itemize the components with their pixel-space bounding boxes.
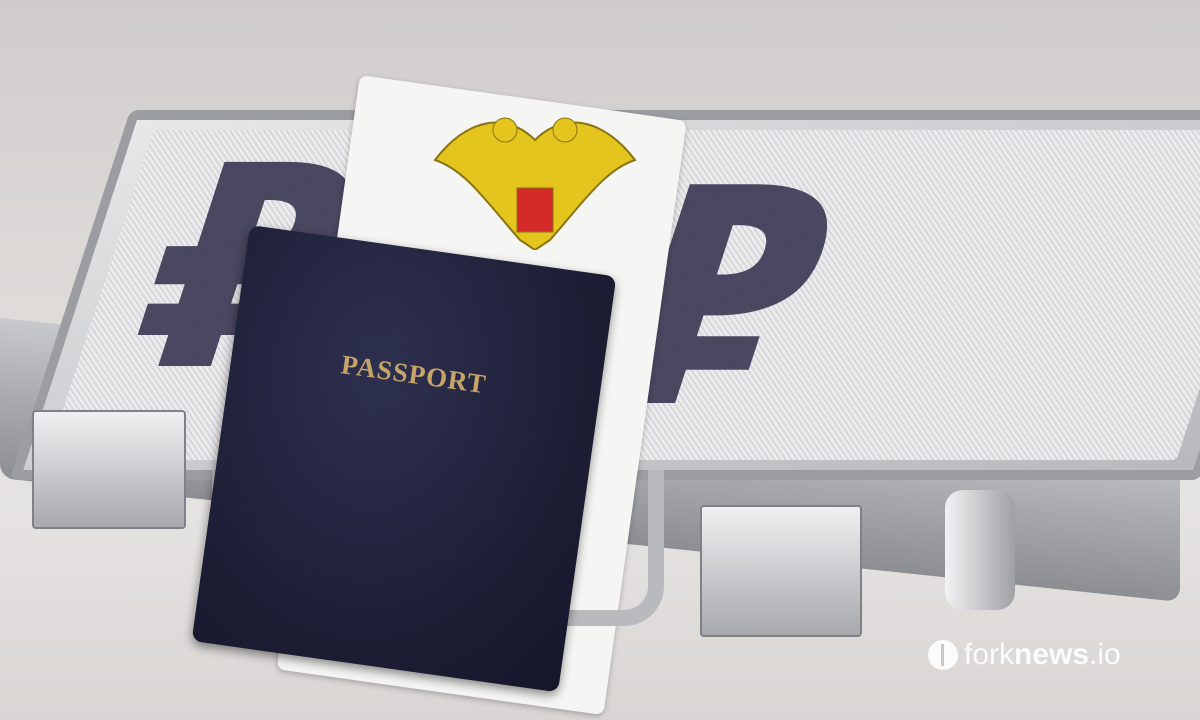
coat-of-arms-icon	[425, 100, 645, 250]
watermark-logo: fork news .io	[928, 638, 1121, 672]
passport: PASSPORT	[192, 225, 617, 692]
photo-scene: ₽ ₽ PASSPORT fork news .io	[0, 0, 1200, 720]
briefcase-latch-left	[32, 410, 186, 529]
briefcase-latch-right	[700, 505, 862, 637]
passport-title: PASSPORT	[339, 349, 488, 400]
watermark-prefix: fork	[964, 638, 1014, 672]
watermark-suffix: .io	[1089, 638, 1121, 672]
watermark-emphasis: news	[1014, 638, 1089, 672]
forknews-logo-icon	[928, 640, 958, 670]
briefcase-corner	[945, 490, 1015, 610]
